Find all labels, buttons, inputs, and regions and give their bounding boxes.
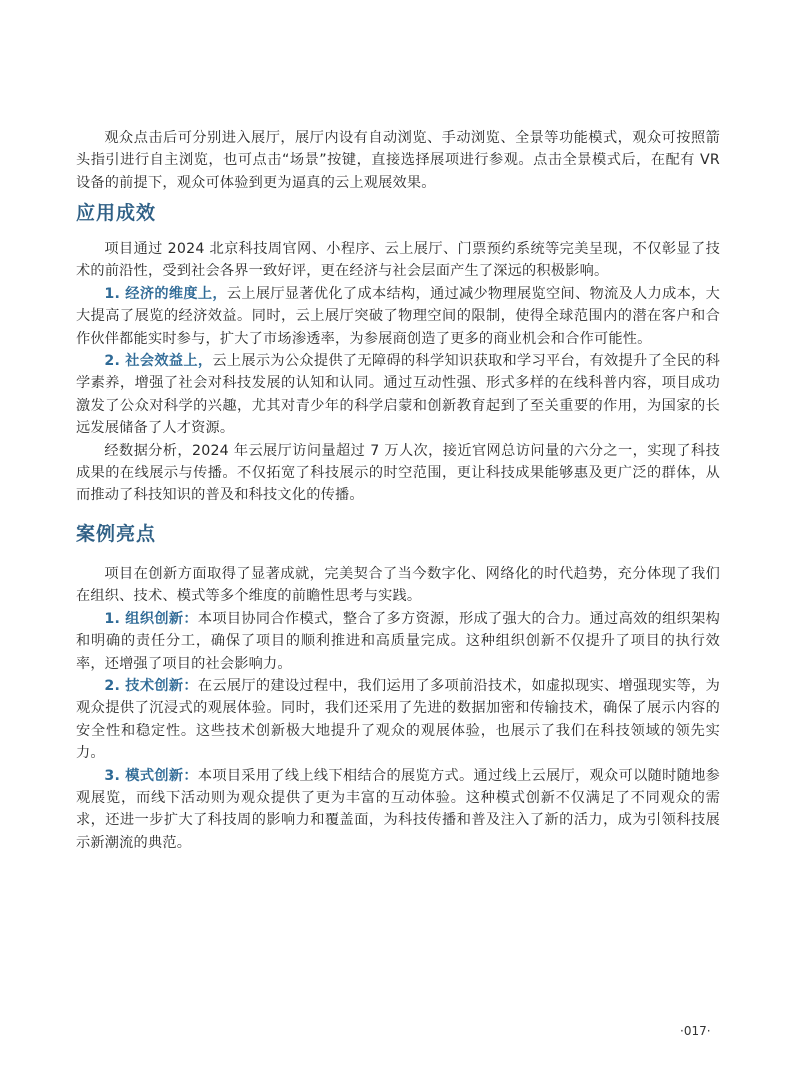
paragraph-text: 项目在创新方面取得了显著成就，完美契合了当今数字化、网络化的时代趋势，充分体现了… [76, 566, 720, 604]
results-paragraph-economic: 1. 经济的维度上，云上展厅显著优化了成本结构，通过减少物理展览空间、物流及人力… [76, 283, 720, 350]
highlights-paragraph-technology: 2. 技术创新：在云展厅的建设过程中，我们运用了多项前沿技术，如虚拟现实、增强现… [76, 675, 720, 765]
highlights-paragraph-model: 3. 模式创新：本项目采用了线上线下相结合的展览方式。通过线上云展厅，观众可以随… [76, 765, 720, 855]
paragraph-lead: 2. 社会效益上， [104, 353, 212, 369]
paragraph-lead: 1. 经济的维度上， [104, 286, 226, 302]
results-paragraph-social: 2. 社会效益上，云上展示为公众提供了无障碍的科学知识获取和学习平台，有效提升了… [76, 350, 720, 440]
intro-paragraph: 观众点击后可分别进入展厅，展厅内设有自动浏览、手动浏览、全景等功能模式，观众可按… [76, 127, 720, 194]
page-number: ·017· [680, 1024, 711, 1038]
section-title-highlights: 案例亮点 [76, 519, 156, 546]
section-title-results: 应用成效 [76, 198, 156, 225]
results-section-body: 项目通过 2024 北京科技周官网、小程序、云上展厅、门票预约系统等完美呈现，不… [76, 238, 720, 507]
highlights-section-body: 项目在创新方面取得了显著成就，完美契合了当今数字化、网络化的时代趋势，充分体现了… [76, 563, 720, 854]
paragraph-lead: 3. 模式创新： [104, 768, 197, 784]
paragraph-text: 经数据分析，2024 年云展厅访问量超过 7 万人次，接近官网总访问量的六分之一… [76, 443, 720, 504]
results-paragraph: 项目通过 2024 北京科技周官网、小程序、云上展厅、门票预约系统等完美呈现，不… [76, 238, 720, 283]
highlights-paragraph-organization: 1. 组织创新：本项目协同合作模式，整合了多方资源，形成了强大的合力。通过高效的… [76, 608, 720, 675]
paragraph-text: 项目通过 2024 北京科技周官网、小程序、云上展厅、门票预约系统等完美呈现，不… [76, 241, 720, 279]
highlights-paragraph: 项目在创新方面取得了显著成就，完美契合了当今数字化、网络化的时代趋势，充分体现了… [76, 563, 720, 608]
paragraph-lead: 1. 组织创新： [104, 611, 197, 627]
paragraph-lead: 2. 技术创新： [104, 678, 197, 694]
results-paragraph-data: 经数据分析，2024 年云展厅访问量超过 7 万人次，接近官网总访问量的六分之一… [76, 440, 720, 507]
